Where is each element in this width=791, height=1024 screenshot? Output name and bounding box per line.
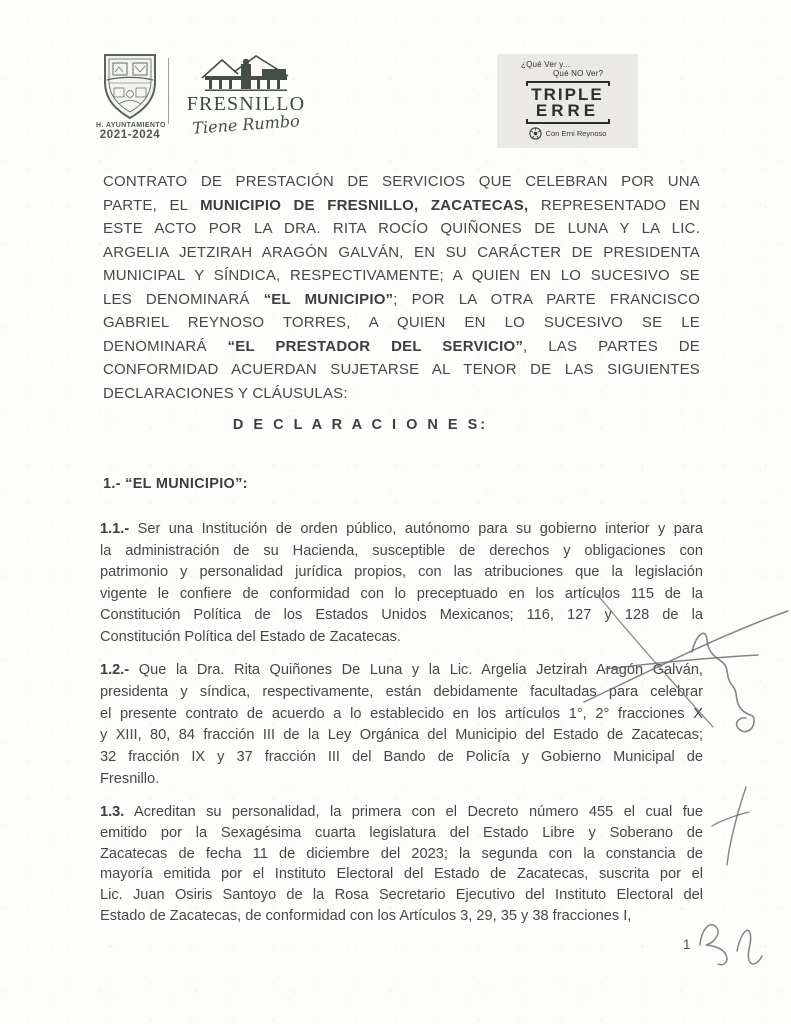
text-line: LES DENOMINARÁ “EL MUNICIPIO”; POR LA OT… xyxy=(103,288,700,312)
coat-of-arms-icon xyxy=(102,52,158,120)
badge-footer-text: Con Erni Reynoso xyxy=(546,129,607,138)
text-line: vigente le confiere de conformidad con l… xyxy=(100,584,703,606)
seal-caption: H. AYUNTAMIENTO xyxy=(96,122,164,129)
text-line: Estado de Zacatecas, de conformidad con … xyxy=(100,906,703,927)
scanned-contract-page: H. AYUNTAMIENTO 2021-2024 FRESNILLO Tien… xyxy=(0,0,791,1024)
declarations-heading: D E C L A R A C I O N E S: xyxy=(62,417,659,433)
soccer-ball-icon xyxy=(529,127,542,140)
header-divider xyxy=(168,58,169,124)
text-line: mayoría emitida por el Instituto Elector… xyxy=(100,864,703,885)
text-line: el presente contrato de acuerdo a lo est… xyxy=(100,704,703,726)
text-line: PARTE, EL MUNICIPIO DE FRESNILLO, ZACATE… xyxy=(103,194,700,218)
intro-paragraph: CONTRATO DE PRESTACIÓN DE SERVICIOS QUE … xyxy=(103,170,700,405)
text-line: emitido por la Sexagésima cuarta legisla… xyxy=(100,823,703,844)
text-line: Constitución Política de los Estados Uni… xyxy=(100,605,703,627)
text-line: GABRIEL REYNOSO TORRES, A QUIEN EN LO SU… xyxy=(103,311,700,335)
clause-1-2: 1.2.- Que la Dra. Rita Quiñones De Luna … xyxy=(100,660,703,791)
badge-footer: Con Erni Reynoso xyxy=(497,127,638,140)
text-line: MUNICIPAL Y SÍNDICA, RESPECTIVAMENTE; A … xyxy=(103,264,700,288)
text-line: 1.3. Acreditan su personalidad, la prime… xyxy=(100,802,703,823)
text-line: 1.1.- Ser una Institución de orden públi… xyxy=(100,519,703,541)
text-line: DECLARACIONES Y CLÁUSULAS: xyxy=(103,382,700,406)
initials-rubric xyxy=(700,925,727,965)
text-line: CONFORMIDAD ACUERDAN SUJETARSE AL TENOR … xyxy=(103,358,700,382)
text-line: Zacatecas de fecha 11 de diciembre del 2… xyxy=(100,844,703,865)
text-line: la administración de su Hacienda, suscep… xyxy=(100,541,703,563)
text-line: Lic. Juan Osiris Santoyo de la Rosa Secr… xyxy=(100,885,703,906)
municipal-seal: H. AYUNTAMIENTO 2021-2024 xyxy=(96,52,164,141)
margin-check-stroke xyxy=(727,787,746,865)
text-line: DENOMINARÁ “EL PRESTADOR DEL SERVICIO”, … xyxy=(103,335,700,359)
margin-check-crossbar xyxy=(712,812,749,826)
clause-1-3: 1.3. Acreditan su personalidad, la prime… xyxy=(100,802,703,927)
page-number: 1 xyxy=(683,937,691,952)
text-line: Fresnillo. xyxy=(100,769,703,791)
triple-erre-badge: ¿Qué Ver y... Qué NO Ver? TRIPLE ERRE Co… xyxy=(497,54,638,148)
building-skyline-icon xyxy=(200,52,292,92)
text-line: presidenta y síndica, respectivamente, e… xyxy=(100,682,703,704)
seal-term: 2021-2024 xyxy=(96,129,164,141)
clause-1-1: 1.1.- Ser una Institución de orden públi… xyxy=(100,519,703,649)
text-line: ARGELIA JETZIRAH ARAGÓN GALVÁN, EN SU CA… xyxy=(103,241,700,265)
text-line: 1.2.- Que la Dra. Rita Quiñones De Luna … xyxy=(100,660,703,682)
text-line: y XIII, 80, 84 fracción III de la Ley Or… xyxy=(100,725,703,747)
text-line: ESTE ACTO POR LA DRA. RITA ROCÍO QUIÑONE… xyxy=(103,217,700,241)
text-line: patrimonio y personalidad jurídica propi… xyxy=(100,562,703,584)
badge-question-line1: ¿Qué Ver y... xyxy=(521,60,638,69)
fresnillo-brand: FRESNILLO Tiene Rumbo xyxy=(180,52,312,134)
text-line: Constitución Política del Estado de Zaca… xyxy=(100,627,703,649)
text-line: 32 fracción IX y 37 fracción III del Ban… xyxy=(100,747,703,769)
initials-rubric-2 xyxy=(737,930,762,964)
badge-title-line2: ERRE xyxy=(497,103,638,118)
badge-question-line2: Qué NO Ver? xyxy=(553,69,638,78)
text-line: CONTRATO DE PRESTACIÓN DE SERVICIOS QUE … xyxy=(103,170,700,194)
section-1-heading: 1.- “EL MUNICIPIO”: xyxy=(103,476,248,492)
